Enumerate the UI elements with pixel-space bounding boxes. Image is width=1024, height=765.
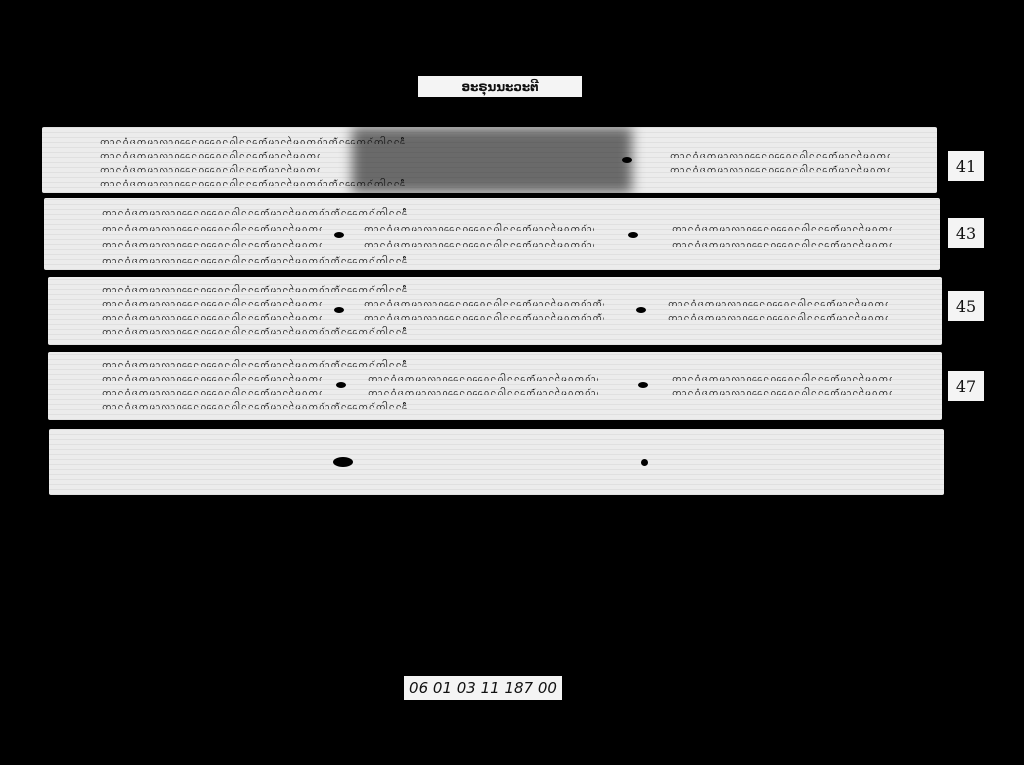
script-line: ᨠᩣ᩠ᨶᨣᩴᨴᩬ᩠ᨠᨾᩣᩃᩣᩅᩯᨶᨣᩯ᩠ᩅᨶᨵᩤᩬ᩠ᨶᨶᩮᩬᨲᩢ᩠᩶ᨾᩣ᩠ᨶᩱᨾ… [102,297,322,306]
script-line: ᨠᩣ᩠ᨶᨣᩴᨴᩬ᩠ᨠᨾᩣᩃᩣᩅᩯᨶᨣᩯ᩠ᩅᨶᨵᩤᩬ᩠ᨶᨶᩮᩬᨲᩢ᩠᩶ᨾᩣ᩠ᨶᩱᨾ… [102,222,322,231]
palm-leaf-3: ᨠᩣ᩠ᨶᨣᩴᨴᩬ᩠ᨠᨾᩣᩃᩣᩅᩯᨶᨣᩯ᩠ᩅᨶᨵᩤᩬ᩠ᨶᨶᩮᩬᨲᩢ᩠᩶ᨾᩣ᩠ᨶᩱᨾ… [48,277,942,345]
binding-hole [638,382,648,388]
script-line: ᨠᩣ᩠ᨶᨣᩴᨴᩬ᩠ᨠᨾᩣᩃᩣᩅᩯᨶᨣᩯ᩠ᩅᨶᨵᩤᩬ᩠ᨶᨶᩮᩬᨲᩢ᩠᩶ᨾᩣ᩠ᨶᩱᨾ… [102,283,482,292]
page-number-label: 45 [948,291,984,321]
script-line: ᨠᩣ᩠ᨶᨣᩴᨴᩬ᩠ᨠᨾᩣᩃᩣᩅᩯᨶᨣᩯ᩠ᩅᨶᨵᩤᩬ᩠ᨶᨶᩮᩬᨲᩢ᩠᩶ᨾᩣ᩠ᨶᩱᨾ… [100,149,320,158]
script-line: ᨠᩣ᩠ᨶᨣᩴᨴᩬ᩠ᨠᨾᩣᩃᩣᩅᩯᨶᨣᩯ᩠ᩅᨶᨵᩤᩬ᩠ᨶᨶᩮᩬᨲᩢ᩠᩶ᨾᩣ᩠ᨶᩱᨾ… [668,311,888,320]
script-line: ᨠᩣ᩠ᨶᨣᩴᨴᩬ᩠ᨠᨾᩣᩃᩣᩅᩯᨶᨣᩯ᩠ᩅᨶᨵᩤᩬ᩠ᨶᨶᩮᩬᨲᩢ᩠᩶ᨾᩣ᩠ᨶᩱᨾ… [102,400,902,409]
binding-hole [636,307,646,313]
page-number-label: 47 [948,371,984,401]
script-line: ᨠᩣ᩠ᨶᨣᩴᨴᩬ᩠ᨠᨾᩣᩃᩣᩅᩯᨶᨣᩯ᩠ᩅᨶᨵᩤᩬ᩠ᨶᨶᩮᩬᨲᩢ᩠᩶ᨾᩣ᩠ᨶᩱᨾ… [368,386,598,395]
script-line: ᨠᩣ᩠ᨶᨣᩴᨴᩬ᩠ᨠᨾᩣᩃᩣᩅᩯᨶᨣᩯ᩠ᩅᨶᨵᩤᩬ᩠ᨶᨶᩮᩬᨲᩢ᩠᩶ᨾᩣ᩠ᨶᩱᨾ… [102,325,902,334]
script-line: ᨠᩣ᩠ᨶᨣᩴᨴᩬ᩠ᨠᨾᩣᩃᩣᩅᩯᨶᨣᩯ᩠ᩅᨶᨵᩤᩬ᩠ᨶᨶᩮᩬᨲᩢ᩠᩶ᨾᩣ᩠ᨶᩱᨾ… [364,311,604,320]
script-line: ᨠᩣ᩠ᨶᨣᩴᨴᩬ᩠ᨠᨾᩣᩃᩣᩅᩯᨶᨣᩯ᩠ᩅᨶᨵᩤᩬ᩠ᨶᨶᩮᩬᨲᩢ᩠᩶ᨾᩣ᩠ᨶᩱᨾ… [670,149,890,158]
palm-leaf-1: ᨠᩣ᩠ᨶᨣᩴᨴᩬ᩠ᨠᨾᩣᩃᩣᩅᩯᨶᨣᩯ᩠ᩅᨶᨵᩤᩬ᩠ᨶᨶᩮᩬᨲᩢ᩠᩶ᨾᩣ᩠ᨶᩱᨾ… [42,127,937,193]
script-line: ᨠᩣ᩠ᨶᨣᩴᨴᩬ᩠ᨠᨾᩣᩃᩣᩅᩯᨶᨣᩯ᩠ᩅᨶᨵᩤᩬ᩠ᨶᨶᩮᩬᨲᩢ᩠᩶ᨾᩣ᩠ᨶᩱᨾ… [672,372,892,381]
binding-hole [641,459,648,466]
script-line: ᨠᩣ᩠ᨶᨣᩴᨴᩬ᩠ᨠᨾᩣᩃᩣᩅᩯᨶᨣᩯ᩠ᩅᨶᨵᩤᩬ᩠ᨶᨶᩮᩬᨲᩢ᩠᩶ᨾᩣ᩠ᨶᩱᨾ… [102,372,322,381]
binding-hole [334,232,344,238]
script-line: ᨠᩣ᩠ᨶᨣᩴᨴᩬ᩠ᨠᨾᩣᩃᩣᩅᩯᨶᨣᩯ᩠ᩅᨶᨵᩤᩬ᩠ᨶᨶᩮᩬᨲᩢ᩠᩶ᨾᩣ᩠ᨶᩱᨾ… [102,238,322,247]
binding-hole [622,157,632,163]
script-line: ᨠᩣ᩠ᨶᨣᩴᨴᩬ᩠ᨠᨾᩣᩃᩣᩅᩯᨶᨣᩯ᩠ᩅᨶᨵᩤᩬ᩠ᨶᨶᩮᩬᨲᩢ᩠᩶ᨾᩣ᩠ᨶᩱᨾ… [668,297,888,306]
script-line: ᨠᩣ᩠ᨶᨣᩴᨴᩬ᩠ᨠᨾᩣᩃᩣᩅᩯᨶᨣᩯ᩠ᩅᨶᨵᩤᩬ᩠ᨶᨶᩮᩬᨲᩢ᩠᩶ᨾᩣ᩠ᨶᩱᨾ… [102,358,902,367]
binding-hole [628,232,638,238]
manuscript-title-label: ອະຣຸນນະວະຕີ [418,76,582,97]
script-line: ᨠᩣ᩠ᨶᨣᩴᨴᩬ᩠ᨠᨾᩣᩃᩣᩅᩯᨶᨣᩯ᩠ᩅᨶᨵᩤᩬ᩠ᨶᨶᩮᩬᨲᩢ᩠᩶ᨾᩣ᩠ᨶᩱᨾ… [102,311,322,320]
script-line: ᨠᩣ᩠ᨶᨣᩴᨴᩬ᩠ᨠᨾᩣᩃᩣᩅᩯᨶᨣᩯ᩠ᩅᨶᨵᩤᩬ᩠ᨶᨶᩮᩬᨲᩢ᩠᩶ᨾᩣ᩠ᨶᩱᨾ… [100,135,900,144]
script-line: ᨠᩣ᩠ᨶᨣᩴᨴᩬ᩠ᨠᨾᩣᩃᩣᩅᩯᨶᨣᩯ᩠ᩅᨶᨵᩤᩬ᩠ᨶᨶᩮᩬᨲᩢ᩠᩶ᨾᩣ᩠ᨶᩱᨾ… [368,372,598,381]
script-line: ᨠᩣ᩠ᨶᨣᩴᨴᩬ᩠ᨠᨾᩣᩃᩣᩅᩯᨶᨣᩯ᩠ᩅᨶᨵᩤᩬ᩠ᨶᨶᩮᩬᨲᩢ᩠᩶ᨾᩣ᩠ᨶᩱᨾ… [670,163,890,172]
catalog-id-label: 06 01 03 11 187 00 [404,676,562,700]
page-number-label: 41 [948,151,984,181]
binding-hole [333,457,353,467]
page-number-label: 43 [948,218,984,248]
binding-hole [334,307,344,313]
script-line: ᨠᩣ᩠ᨶᨣᩴᨴᩬ᩠ᨠᨾᩣᩃᩣᩅᩯᨶᨣᩯ᩠ᩅᨶᨵᩤᩬ᩠ᨶᨶᩮᩬᨲᩢ᩠᩶ᨾᩣ᩠ᨶᩱᨾ… [672,222,892,231]
script-line: ᨠᩣ᩠ᨶᨣᩴᨴᩬ᩠ᨠᨾᩣᩃᩣᩅᩯᨶᨣᩯ᩠ᩅᨶᨵᩤᩬ᩠ᨶᨶᩮᩬᨲᩢ᩠᩶ᨾᩣ᩠ᨶᩱᨾ… [100,163,320,172]
script-line: ᨠᩣ᩠ᨶᨣᩴᨴᩬ᩠ᨠᨾᩣᩃᩣᩅᩯᨶᨣᩯ᩠ᩅᨶᨵᩤᩬ᩠ᨶᨶᩮᩬᨲᩢ᩠᩶ᨾᩣ᩠ᨶᩱᨾ… [364,238,594,247]
palm-leaf-blank [49,429,944,495]
script-line: ᨠᩣ᩠ᨶᨣᩴᨴᩬ᩠ᨠᨾᩣᩃᩣᩅᩯᨶᨣᩯ᩠ᩅᨶᨵᩤᩬ᩠ᨶᨶᩮᩬᨲᩢ᩠᩶ᨾᩣ᩠ᨶᩱᨾ… [100,177,900,186]
binding-hole [336,382,346,388]
script-line: ᨠᩣ᩠ᨶᨣᩴᨴᩬ᩠ᨠᨾᩣᩃᩣᩅᩯᨶᨣᩯ᩠ᩅᨶᨵᩤᩬ᩠ᨶᨶᩮᩬᨲᩢ᩠᩶ᨾᩣ᩠ᨶᩱᨾ… [672,386,892,395]
script-line: ᨠᩣ᩠ᨶᨣᩴᨴᩬ᩠ᨠᨾᩣᩃᩣᩅᩯᨶᨣᩯ᩠ᩅᨶᨵᩤᩬ᩠ᨶᨶᩮᩬᨲᩢ᩠᩶ᨾᩣ᩠ᨶᩱᨾ… [102,206,902,215]
script-line: ᨠᩣ᩠ᨶᨣᩴᨴᩬ᩠ᨠᨾᩣᩃᩣᩅᩯᨶᨣᩯ᩠ᩅᨶᨵᩤᩬ᩠ᨶᨶᩮᩬᨲᩢ᩠᩶ᨾᩣ᩠ᨶᩱᨾ… [102,386,322,395]
palm-leaf-2: ᨠᩣ᩠ᨶᨣᩴᨴᩬ᩠ᨠᨾᩣᩃᩣᩅᩯᨶᨣᩯ᩠ᩅᨶᨵᩤᩬ᩠ᨶᨶᩮᩬᨲᩢ᩠᩶ᨾᩣ᩠ᨶᩱᨾ… [44,198,940,270]
script-line: ᨠᩣ᩠ᨶᨣᩴᨴᩬ᩠ᨠᨾᩣᩃᩣᩅᩯᨶᨣᩯ᩠ᩅᨶᨵᩤᩬ᩠ᨶᨶᩮᩬᨲᩢ᩠᩶ᨾᩣ᩠ᨶᩱᨾ… [102,254,902,263]
palm-leaf-4: ᨠᩣ᩠ᨶᨣᩴᨴᩬ᩠ᨠᨾᩣᩃᩣᩅᩯᨶᨣᩯ᩠ᩅᨶᨵᩤᩬ᩠ᨶᨶᩮᩬᨲᩢ᩠᩶ᨾᩣ᩠ᨶᩱᨾ… [48,352,942,420]
script-line: ᨠᩣ᩠ᨶᨣᩴᨴᩬ᩠ᨠᨾᩣᩃᩣᩅᩯᨶᨣᩯ᩠ᩅᨶᨵᩤᩬ᩠ᨶᨶᩮᩬᨲᩢ᩠᩶ᨾᩣ᩠ᨶᩱᨾ… [364,222,594,231]
script-line: ᨠᩣ᩠ᨶᨣᩴᨴᩬ᩠ᨠᨾᩣᩃᩣᩅᩯᨶᨣᩯ᩠ᩅᨶᨵᩤᩬ᩠ᨶᨶᩮᩬᨲᩢ᩠᩶ᨾᩣ᩠ᨶᩱᨾ… [364,297,604,306]
script-line: ᨠᩣ᩠ᨶᨣᩴᨴᩬ᩠ᨠᨾᩣᩃᩣᩅᩯᨶᨣᩯ᩠ᩅᨶᨵᩤᩬ᩠ᨶᨶᩮᩬᨲᩢ᩠᩶ᨾᩣ᩠ᨶᩱᨾ… [672,238,892,247]
